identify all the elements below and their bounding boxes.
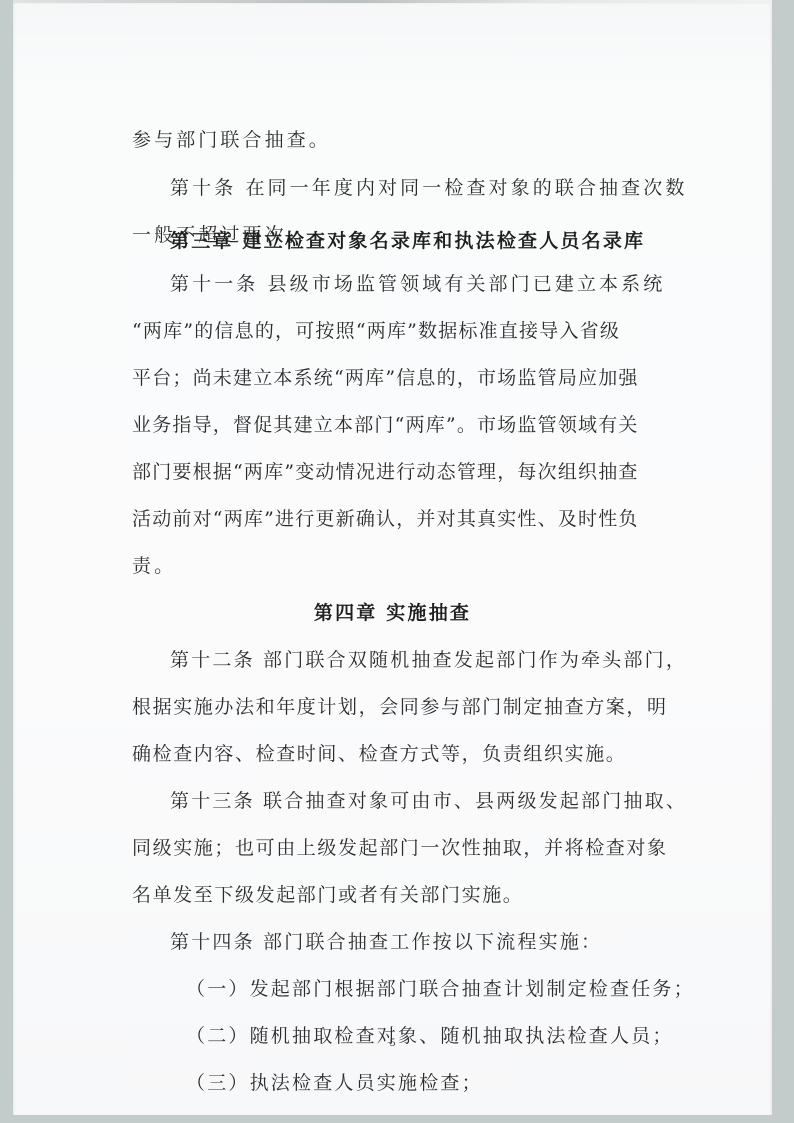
- paragraph-line: 部门要根据“两库”变动情况进行动态管理，每次组织抽查: [132, 460, 692, 484]
- paragraph-line: “两库”的信息的，可按照“两库”数据标准直接导入省级: [132, 319, 692, 343]
- paragraph-line: 平台；尚未建立本系统“两库”信息的，市场监管局应加强: [132, 366, 692, 390]
- chapter-4-heading: 第四章 实施抽查: [13, 601, 772, 625]
- paragraph-line: 根据实施办法和年度计划，会同参与部门制定抽查方案，明: [132, 695, 692, 719]
- paragraph-line: 名单发至下级发起部门或者有关部门实施。: [132, 883, 692, 907]
- article-12-line: 第十二条 部门联合双随机抽查发起部门作为牵头部门，: [170, 648, 730, 672]
- chapter-3-heading: 第三章 建立检查对象名录库和执法检查人员名录库: [170, 229, 730, 253]
- article-11-line: 第十一条 县级市场监管领域有关部门已建立本系统: [170, 272, 730, 296]
- paragraph-line: 同级实施；也可由上级发起部门一次性抽取，并将检查对象: [132, 836, 692, 860]
- paragraph-line: 业务指导，督促其建立本部门“两库”。市场监管领域有关: [132, 413, 692, 437]
- article-10-line: 第十条 在同一年度内对同一检查对象的联合抽查次数: [170, 176, 730, 200]
- article-13-line: 第十三条 联合抽查对象可由市、县两级发起部门抽取、: [170, 789, 730, 813]
- page-number: 5: [13, 1035, 772, 1050]
- paragraph-line: 责。: [132, 554, 692, 578]
- list-item-3: （三）执法检查人员实施检查；: [186, 1071, 746, 1095]
- article-14-line: 第十四条 部门联合抽查工作按以下流程实施：: [170, 930, 730, 954]
- paragraph-line: 确检查内容、检查时间、检查方式等，负责组织实施。: [132, 742, 692, 766]
- list-item-1: （一）发起部门根据部门联合抽查计划制定检查任务；: [186, 977, 746, 1001]
- paragraph-line: 活动前对“两库”进行更新确认，并对其真实性、及时性负: [132, 507, 692, 531]
- paragraph-line: 参与部门联合抽查。: [132, 128, 692, 152]
- document-page: 参与部门联合抽查。 第十条 在同一年度内对同一检查对象的联合抽查次数 一般不超过…: [13, 0, 772, 1115]
